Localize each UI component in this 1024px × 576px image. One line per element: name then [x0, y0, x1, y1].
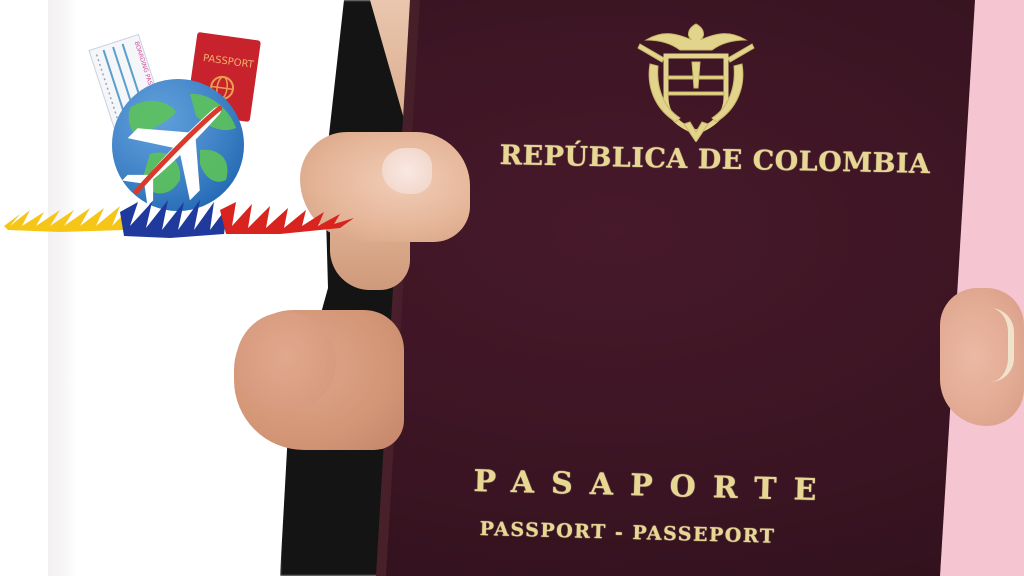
lower-finger-tip — [236, 312, 336, 412]
thumbnail-nail — [382, 148, 432, 194]
coat-of-arms-icon — [636, 18, 756, 142]
photo-scene: REPÚBLICA DE COLOMBIA PASAPORTE PASSPORT… — [0, 0, 1024, 576]
travel-logo: BOARDING PASS PASSPORT — [0, 30, 360, 240]
